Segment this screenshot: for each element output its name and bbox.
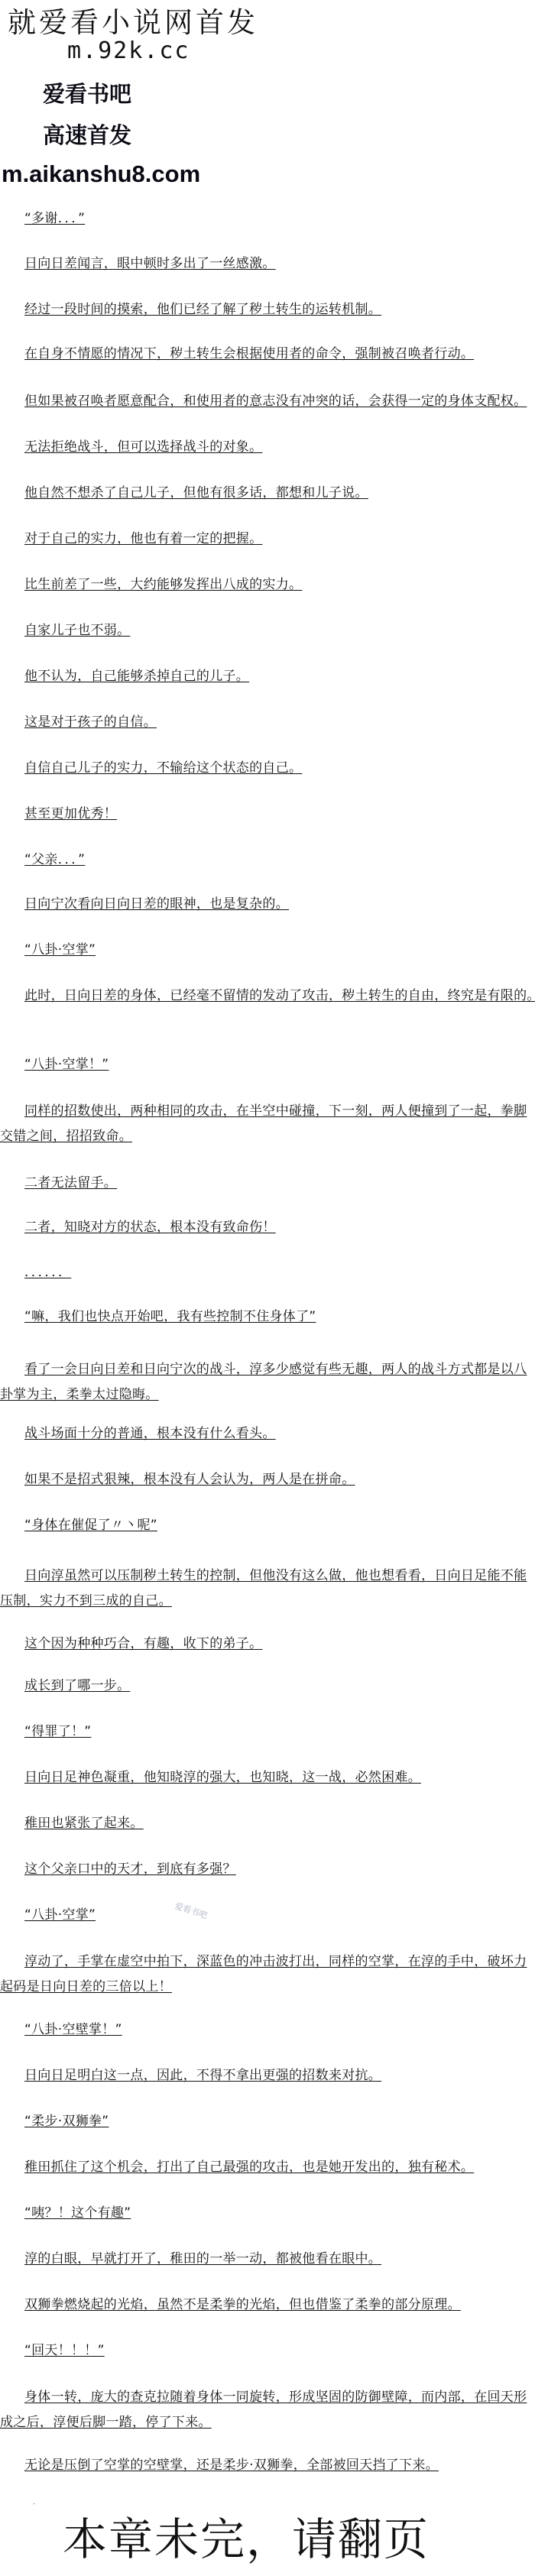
paragraph-text: 日向淳虽然可以压制秽土转生的控制，但他没有这么做，他也想看看，日向日足能不能压制… bbox=[0, 1568, 527, 1609]
paragraph: 如果不是招式狠辣，根本没有人会认为，两人是在拼命。 bbox=[24, 1472, 355, 1487]
paragraph-wrapped: 身体一转，庞大的查克拉随着身体一同旋转，形成坚固的防御壁障，而内部，在回天形成之… bbox=[0, 2385, 535, 2435]
continue-notice: 本章未完，请翻页 bbox=[63, 2514, 430, 2565]
paragraph: “八卦·空掌！” bbox=[24, 1057, 109, 1072]
paragraph: 比生前差了一些，大约能够发挥出八成的实力。 bbox=[24, 577, 302, 592]
paragraph: 此时，日向日差的身体，已经毫不留情的发动了攻击，秽土转生的自由，终究是有限的。 bbox=[24, 988, 535, 1003]
paragraph-text: 同样的招数使出，两种相同的攻击，在半空中碰撞，下一刻，两人便撞到了一起，拳脚交错… bbox=[0, 1103, 527, 1144]
paragraph: 他自然不想杀了自己儿子，但他有很多话，都想和儿子说。 bbox=[24, 485, 368, 501]
paragraph: 日向日足明白这一点，因此，不得不拿出更强的招数来对抗。 bbox=[24, 2068, 381, 2083]
paragraph: 无论是压倒了空掌的空壁掌，还是柔步·双狮拳，全部被回天挡了下来。 bbox=[24, 2458, 439, 2473]
stray-dot bbox=[34, 2503, 34, 2504]
promo-url: m.aikanshu8.com bbox=[2, 160, 200, 188]
paragraph: 二者无法留手。 bbox=[24, 1175, 117, 1191]
paragraph-wrapped: 日向淳虽然可以压制秽土转生的控制，但他没有这么做，他也想看看，日向日足能不能压制… bbox=[0, 1563, 535, 1614]
paragraph-wrapped: 同样的招数使出，两种相同的攻击，在半空中碰撞，下一刻，两人便撞到了一起，拳脚交错… bbox=[0, 1099, 535, 1149]
paragraph: 无法拒绝战斗，但可以选择战斗的对象。 bbox=[24, 439, 262, 455]
paragraph: “嘛，我们也快点开始吧，我有些控制不住身体了” bbox=[24, 1309, 316, 1324]
paragraph: 他不认为，自己能够杀掉自己的儿子。 bbox=[24, 669, 249, 684]
site-title: 就爱看小说网首发 bbox=[8, 6, 258, 40]
paragraph: 日向宁次看向日向日差的眼神，也是复杂的。 bbox=[24, 896, 289, 912]
paragraph: “八卦·空掌” bbox=[24, 942, 96, 957]
paragraph: “八卦·空壁掌！” bbox=[24, 2022, 122, 2037]
paragraph: 稚田也紧张了起来。 bbox=[24, 1816, 144, 1831]
paragraph: “咦？！这个有趣” bbox=[24, 2205, 131, 2221]
site-url: m.92k.cc bbox=[67, 38, 190, 64]
paragraph: 二者，知晓对方的状态，根本没有致命伤！ bbox=[24, 1220, 276, 1235]
paragraph: 这个父亲口中的天才，到底有多强？ bbox=[24, 1862, 236, 1877]
paragraph: 经过一段时间的摸索，他们已经了解了秽土转生的运转机制。 bbox=[24, 302, 381, 317]
paragraph: 这个因为种种巧合，有趣，收下的弟子。 bbox=[24, 1636, 262, 1651]
promo-line-1: 爱看书吧 bbox=[43, 81, 131, 107]
paragraph: 对于自己的实力，他也有着一定的把握。 bbox=[24, 531, 262, 546]
paragraph-text: 淳动了，手掌在虚空中拍下，深蓝色的冲击波打出，同样的空掌，在淳的手中，破坏力起码… bbox=[0, 1954, 527, 1994]
watermark: 爱看书吧 bbox=[173, 1900, 209, 1922]
paragraph: 自信自己儿子的实力，不输给这个状态的自己。 bbox=[24, 760, 302, 776]
paragraph: 日向日足神色凝重，他知晓淳的强大，也知晓，这一战，必然困难。 bbox=[24, 1770, 421, 1785]
paragraph: 淳的白眼，早就打开了，稚田的一举一动，都被他看在眼中。 bbox=[24, 2251, 381, 2267]
paragraph: 但如果被召唤者愿意配合，和使用者的意志没有冲突的话，会获得一定的身体支配权。 bbox=[24, 394, 527, 409]
paragraph: “多谢．．．” bbox=[24, 211, 85, 226]
paragraph: “得罪了！” bbox=[24, 1724, 91, 1739]
paragraph: “父亲．．．” bbox=[24, 852, 85, 867]
paragraph: “回天！！！” bbox=[24, 2343, 105, 2358]
paragraph: “八卦·空掌” bbox=[24, 1907, 96, 1923]
paragraph: 自家儿子也不弱。 bbox=[24, 623, 130, 638]
paragraph: 战斗场面十分的普通，根本没有什么看头。 bbox=[24, 1426, 276, 1441]
paragraph-text: 身体一转，庞大的查克拉随着身体一同旋转，形成坚固的防御壁障，而内部，在回天形成之… bbox=[0, 2390, 527, 2430]
paragraph: 这是对于孩子的自信。 bbox=[24, 714, 157, 730]
paragraph: 在自身不情愿的情况下，秽土转生会根据使用者的命令，强制被召唤者行动。 bbox=[24, 346, 474, 361]
promo-line-2: 高速首发 bbox=[43, 122, 131, 148]
paragraph: 成长到了哪一步。 bbox=[24, 1678, 130, 1693]
paragraph-text: 看了一会日向日差和日向宁次的战斗，淳多少感觉有些无趣，两人的战斗方式都是以八卦掌… bbox=[0, 1362, 527, 1402]
paragraph-wrapped: 淳动了，手掌在虚空中拍下，深蓝色的冲击波打出，同样的空掌，在淳的手中，破坏力起码… bbox=[0, 1949, 535, 2000]
paragraph: 双狮拳燃烧起的光焰，虽然不是柔拳的光焰，但也借鉴了柔拳的部分原理。 bbox=[24, 2297, 461, 2312]
paragraph-wrapped: 看了一会日向日差和日向宁次的战斗，淳多少感觉有些无趣，两人的战斗方式都是以八卦掌… bbox=[0, 1357, 535, 1408]
paragraph: “柔步·双狮拳” bbox=[24, 2114, 109, 2129]
paragraph: 稚田抓住了这个机会，打出了自己最强的攻击，也是她开发出的，独有秘术。 bbox=[24, 2160, 474, 2175]
paragraph: ．．．．．． bbox=[24, 1265, 71, 1280]
paragraph: 甚至更加优秀！ bbox=[24, 806, 117, 821]
paragraph: 日向日差闻言，眼中顿时多出了一丝感激。 bbox=[24, 256, 276, 271]
paragraph: “身体在催促了〃丶呢” bbox=[24, 1518, 157, 1533]
